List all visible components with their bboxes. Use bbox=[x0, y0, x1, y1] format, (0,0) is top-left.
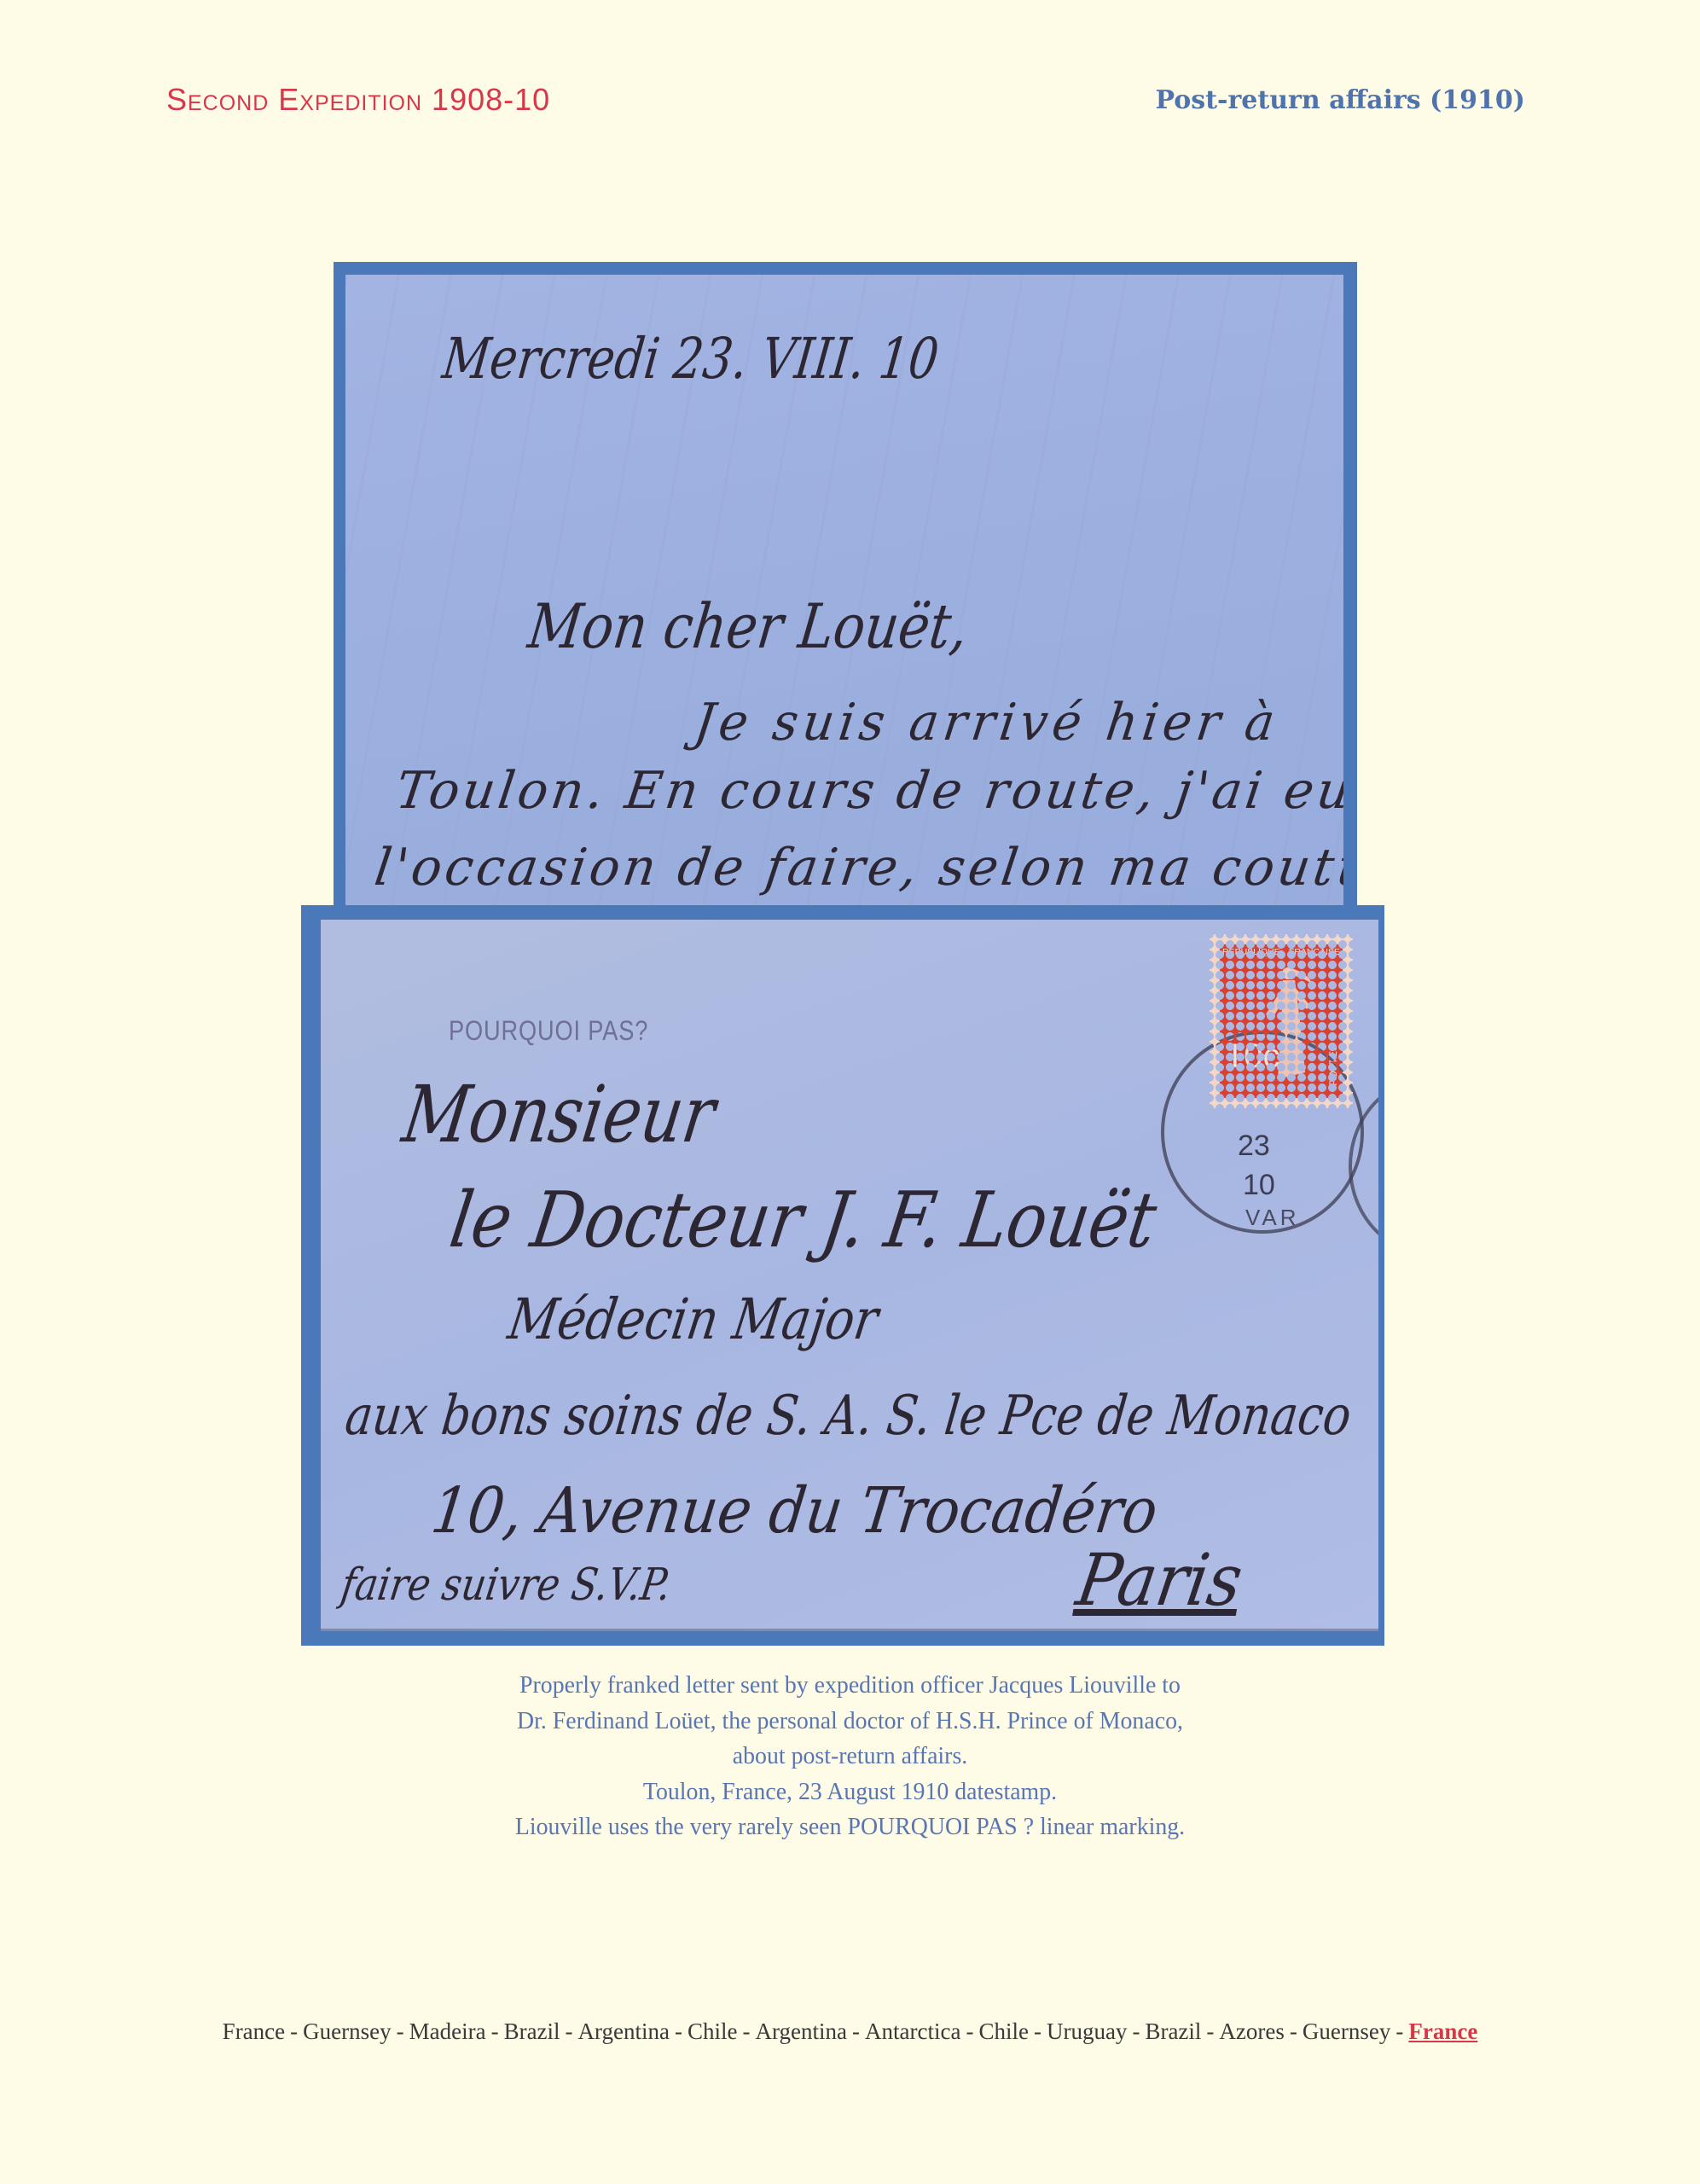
route-stop: Uruguay bbox=[1047, 2018, 1127, 2044]
address-line: le Docteur J. F. Louët bbox=[444, 1176, 1162, 1265]
route-separator: - bbox=[847, 2018, 865, 2044]
route-separator: - bbox=[1029, 2018, 1047, 2044]
route-stop: France bbox=[223, 2018, 285, 2044]
forwarding-note: faire suivre S.V.P. bbox=[338, 1560, 675, 1611]
stamp-country-right: FRANÇAISE bbox=[1289, 947, 1340, 957]
route-stop: Brazil bbox=[1145, 2018, 1201, 2044]
stamp-country-left: REPUBLIQUE bbox=[1222, 947, 1280, 957]
route-separator: - bbox=[285, 2018, 303, 2044]
postage-stamp: REPUBLIQUE FRANÇAISE 10c POSTES bbox=[1210, 934, 1353, 1108]
stamp-postes-label: POSTES bbox=[1327, 1044, 1339, 1086]
address-city: Paris bbox=[1071, 1538, 1248, 1622]
route-stop: Azores bbox=[1219, 2018, 1284, 2044]
route-separator: - bbox=[738, 2018, 756, 2044]
route-separator: - bbox=[960, 2018, 978, 2044]
caption-line: about post-return affairs. bbox=[34, 1739, 1666, 1774]
caption-line: Toulon, France, 23 August 1910 datestamp… bbox=[34, 1774, 1666, 1810]
route-separator: - bbox=[1201, 2018, 1219, 2044]
route-stop: Guernsey bbox=[1303, 2018, 1390, 2044]
postmark-year: 10 bbox=[1243, 1169, 1275, 1202]
expedition-route: France-Guernsey-Madeira-Brazil-Argentina… bbox=[0, 2018, 1700, 2045]
caption-line: Properly franked letter sent by expediti… bbox=[34, 1668, 1666, 1704]
ship-linear-marking: POURQUOI PAS? bbox=[449, 1015, 648, 1047]
stamp-value: 10c bbox=[1225, 1037, 1280, 1076]
route-separator: - bbox=[1285, 2018, 1303, 2044]
route-stop: Chile bbox=[978, 2018, 1029, 2044]
letter-line: l'occasion de faire, selon ma coutume bbox=[371, 838, 1343, 897]
address-line: 10, Avenue du Trocadéro bbox=[427, 1474, 1162, 1548]
address-line: Médecin Major bbox=[504, 1287, 883, 1352]
route-separator: - bbox=[560, 2018, 578, 2044]
postmark-town: VAR bbox=[1245, 1205, 1300, 1231]
route-stop: France bbox=[1408, 2018, 1477, 2044]
letter-sheet: Mercredi 23. VIII. 10 Mon cher Louët, Je… bbox=[345, 275, 1343, 923]
letter-date: Mercredi 23. VIII. 10 bbox=[439, 326, 942, 392]
route-separator: - bbox=[486, 2018, 504, 2044]
letter-line: Je suis arrivé hier à bbox=[691, 693, 1283, 752]
letter-line: Toulon. En cours de route, j'ai eu bbox=[392, 761, 1343, 821]
caption-line: Liouville uses the very rarely seen POUR… bbox=[34, 1809, 1666, 1845]
route-stop: Argentina bbox=[756, 2018, 847, 2044]
address-line: Monsieur bbox=[397, 1069, 721, 1160]
route-separator: - bbox=[670, 2018, 688, 2044]
route-separator: - bbox=[1390, 2018, 1408, 2044]
route-stop: Argentina bbox=[578, 2018, 670, 2044]
route-separator: - bbox=[392, 2018, 409, 2044]
letter-greeting: Mon cher Louët, bbox=[525, 590, 972, 662]
route-stop: Guernsey bbox=[303, 2018, 391, 2044]
page-title: Post-return affairs (1910) bbox=[1155, 85, 1525, 115]
route-stop: Madeira bbox=[409, 2018, 486, 2044]
route-stop: Brazil bbox=[504, 2018, 560, 2044]
exhibit-caption: Properly franked letter sent by expediti… bbox=[0, 1668, 1700, 1845]
envelope: POURQUOI PAS? 23 10 VAR REPUBLIQUE FRANÇ… bbox=[321, 920, 1378, 1631]
route-stop: Antarctica bbox=[865, 2018, 960, 2044]
route-stop: Chile bbox=[688, 2018, 738, 2044]
stamp-design: REPUBLIQUE FRANÇAISE 10c POSTES bbox=[1219, 944, 1343, 1099]
section-title: Second Expedition 1908-10 bbox=[166, 82, 550, 118]
stamp-country: REPUBLIQUE FRANÇAISE bbox=[1222, 947, 1340, 957]
address-line: aux bons soins de S. A. S. le Pce de Mon… bbox=[342, 1385, 1355, 1448]
route-separator: - bbox=[1127, 2018, 1145, 2044]
caption-line: Dr. Ferdinand Loüet, the personal doctor… bbox=[34, 1704, 1666, 1740]
postmark-day: 23 bbox=[1238, 1130, 1270, 1163]
